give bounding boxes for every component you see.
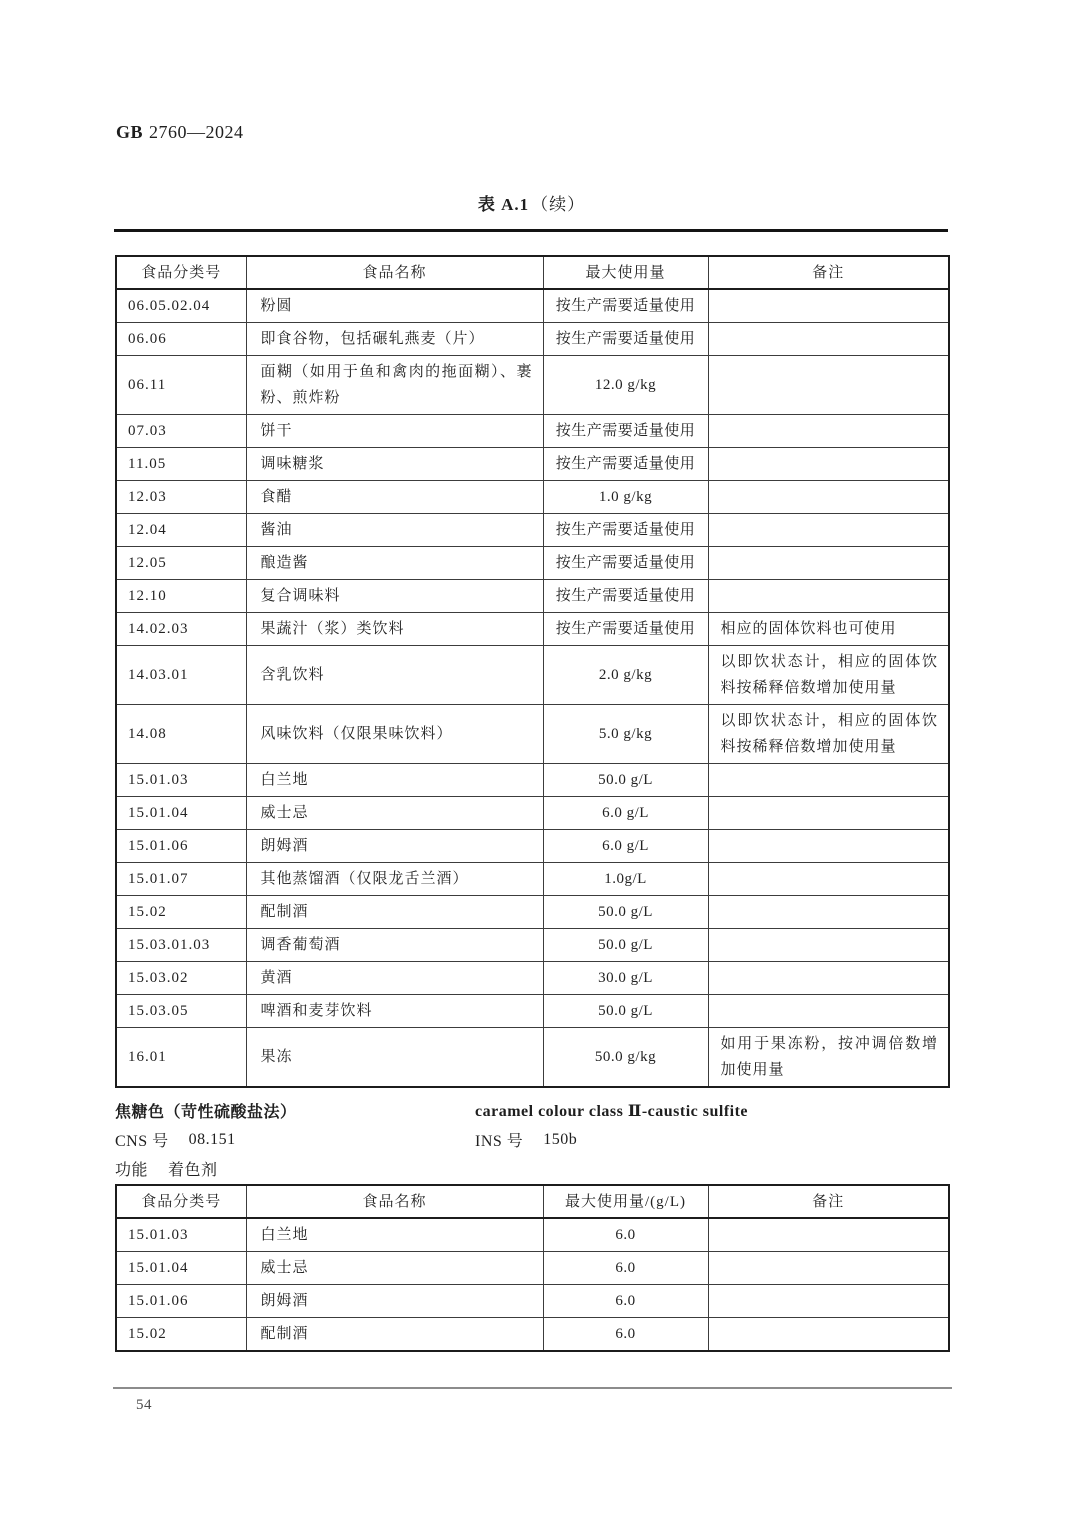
table-cell: 如用于果冻粉，按冲调倍数增加使用量 <box>708 1028 949 1088</box>
table-cell: 12.0 g/kg <box>543 356 708 415</box>
table-cell: 黄酒 <box>246 962 543 995</box>
additive-name-row: 焦糖色（苛性硫酸盐法） caramel colour class Ⅱ-caust… <box>115 1096 948 1125</box>
table-row: 15.01.04威士忌6.0 g/L <box>116 797 949 830</box>
table-cell: 以即饮状态计，相应的固体饮料按稀释倍数增加使用量 <box>708 646 949 705</box>
usage-table-a1: 食品分类号 食品名称 最大使用量 备注 06.05.02.04粉圆按生产需要适量… <box>115 255 950 1088</box>
table-cell: 50.0 g/kg <box>543 1028 708 1088</box>
document-page: GB2760—2024 表 A.1（续） 食品分类号 食品名称 最大使用量 备注… <box>0 0 1074 1520</box>
table-cell: 白兰地 <box>246 1218 543 1252</box>
table-row: 15.03.01.03调香葡萄酒50.0 g/L <box>116 929 949 962</box>
table-cell: 威士忌 <box>246 797 543 830</box>
function-value: 着色剂 <box>168 1157 218 1180</box>
table-cell: 14.03.01 <box>116 646 246 705</box>
table-cell: 按生产需要适量使用 <box>543 580 708 613</box>
table-row: 07.03饼干按生产需要适量使用 <box>116 415 949 448</box>
table-cell <box>708 863 949 896</box>
table-cell: 06.11 <box>116 356 246 415</box>
doc-code: GB2760—2024 <box>116 122 244 143</box>
column-header-food-name: 食品名称 <box>246 1185 543 1218</box>
table-cell: 果蔬汁（浆）类饮料 <box>246 613 543 646</box>
table-row: 12.05酿造酱按生产需要适量使用 <box>116 547 949 580</box>
table-row: 06.06即食谷物，包括碾轧燕麦（片）按生产需要适量使用 <box>116 323 949 356</box>
table-cell: 6.0 g/L <box>543 797 708 830</box>
table-cell <box>708 896 949 929</box>
table-cell: 15.01.03 <box>116 1218 246 1252</box>
table-cell: 6.0 <box>543 1218 708 1252</box>
table-cell: 其他蒸馏酒（仅限龙舌兰酒） <box>246 863 543 896</box>
table-row: 15.03.05啤酒和麦芽饮料50.0 g/L <box>116 995 949 1028</box>
additive-name-en: caramel colour class Ⅱ-caustic sulfite <box>475 1101 748 1121</box>
table-cell: 15.01.06 <box>116 830 246 863</box>
additive-function-row: 功能 着色剂 <box>115 1154 948 1183</box>
doc-code-prefix: GB <box>116 122 143 142</box>
table-cell: 按生产需要适量使用 <box>543 289 708 323</box>
title-rule <box>114 229 948 232</box>
table-cell <box>708 830 949 863</box>
table-cell <box>708 764 949 797</box>
table-cell <box>708 1252 949 1285</box>
table-row: 15.01.06朗姆酒6.0 <box>116 1285 949 1318</box>
table-cell: 15.01.07 <box>116 863 246 896</box>
table-row: 15.03.02黄酒30.0 g/L <box>116 962 949 995</box>
table-title: 表 A.1（续） <box>115 190 948 215</box>
table-cell: 50.0 g/L <box>543 929 708 962</box>
table-row: 15.01.04威士忌6.0 <box>116 1252 949 1285</box>
table-cell <box>708 995 949 1028</box>
table-cell: 16.01 <box>116 1028 246 1088</box>
additive-numbers-row: CNS 号 08.151 INS 号 150b <box>115 1125 948 1154</box>
table-header-row: 食品分类号 食品名称 最大使用量/(g/L) 备注 <box>116 1185 949 1218</box>
footer-rule <box>113 1387 952 1389</box>
column-header-category: 食品分类号 <box>116 1185 246 1218</box>
table-cell: 6.0 g/L <box>543 830 708 863</box>
table-cell: 14.08 <box>116 705 246 764</box>
table-cell: 白兰地 <box>246 764 543 797</box>
table-cell: 11.05 <box>116 448 246 481</box>
table-cell: 1.0 g/kg <box>543 481 708 514</box>
table-cell: 15.01.04 <box>116 1252 246 1285</box>
table-cell: 相应的固体饮料也可使用 <box>708 613 949 646</box>
table-cell <box>708 323 949 356</box>
table-cell <box>708 448 949 481</box>
table-cell: 含乳饮料 <box>246 646 543 705</box>
table-cell: 调味糖浆 <box>246 448 543 481</box>
table-cell <box>708 929 949 962</box>
table-cell: 食醋 <box>246 481 543 514</box>
table-row: 15.01.03白兰地50.0 g/L <box>116 764 949 797</box>
table-cell: 果冻 <box>246 1028 543 1088</box>
table-cell <box>708 415 949 448</box>
table-cell: 粉圆 <box>246 289 543 323</box>
table-cell: 1.0g/L <box>543 863 708 896</box>
table-cell: 威士忌 <box>246 1252 543 1285</box>
table-cell <box>708 797 949 830</box>
column-header-category: 食品分类号 <box>116 256 246 289</box>
table-row: 06.05.02.04粉圆按生产需要适量使用 <box>116 289 949 323</box>
ins-label: INS 号 <box>475 1128 523 1151</box>
table-cell: 12.10 <box>116 580 246 613</box>
table-cell <box>708 962 949 995</box>
table-cell: 饼干 <box>246 415 543 448</box>
table-cell: 按生产需要适量使用 <box>543 448 708 481</box>
table-row: 11.05调味糖浆按生产需要适量使用 <box>116 448 949 481</box>
table-cell: 30.0 g/L <box>543 962 708 995</box>
table-row: 12.03食醋1.0 g/kg <box>116 481 949 514</box>
table-cell: 15.03.02 <box>116 962 246 995</box>
table-cell: 6.0 <box>543 1252 708 1285</box>
additive-section: 焦糖色（苛性硫酸盐法） caramel colour class Ⅱ-caust… <box>115 1096 948 1183</box>
table-cell: 即食谷物，包括碾轧燕麦（片） <box>246 323 543 356</box>
table-cell <box>708 481 949 514</box>
column-header-note: 备注 <box>708 256 949 289</box>
table-cell <box>708 580 949 613</box>
table-cell: 按生产需要适量使用 <box>543 613 708 646</box>
table-row: 15.02配制酒50.0 g/L <box>116 896 949 929</box>
table-cell: 复合调味料 <box>246 580 543 613</box>
table-cell <box>708 289 949 323</box>
cns-value: 08.151 <box>189 1131 236 1149</box>
table-cell: 50.0 g/L <box>543 764 708 797</box>
table-cell: 朗姆酒 <box>246 830 543 863</box>
table-row: 15.02配制酒6.0 <box>116 1318 949 1352</box>
column-header-food-name: 食品名称 <box>246 256 543 289</box>
table-cell <box>708 547 949 580</box>
table-cell: 配制酒 <box>246 1318 543 1352</box>
table-cell: 按生产需要适量使用 <box>543 547 708 580</box>
column-header-note: 备注 <box>708 1185 949 1218</box>
table-header-row: 食品分类号 食品名称 最大使用量 备注 <box>116 256 949 289</box>
table-row: 16.01果冻50.0 g/kg如用于果冻粉，按冲调倍数增加使用量 <box>116 1028 949 1088</box>
table-cell: 酿造酱 <box>246 547 543 580</box>
table-cell: 15.03.01.03 <box>116 929 246 962</box>
table-cell: 06.05.02.04 <box>116 289 246 323</box>
table-cell: 07.03 <box>116 415 246 448</box>
table-title-bold: 表 A.1 <box>478 195 529 214</box>
table-cell: 配制酒 <box>246 896 543 929</box>
table-cell: 50.0 g/L <box>543 896 708 929</box>
table-cell: 15.02 <box>116 896 246 929</box>
table-cell: 以即饮状态计，相应的固体饮料按稀释倍数增加使用量 <box>708 705 949 764</box>
table-cell: 啤酒和麦芽饮料 <box>246 995 543 1028</box>
table-title-suffix: （续） <box>531 195 585 214</box>
table-row: 15.01.03白兰地6.0 <box>116 1218 949 1252</box>
table-cell: 15.01.04 <box>116 797 246 830</box>
table-row: 14.08风味饮料（仅限果味饮料）5.0 g/kg以即饮状态计，相应的固体饮料按… <box>116 705 949 764</box>
ins-value: 150b <box>543 1131 577 1149</box>
function-label: 功能 <box>115 1157 148 1180</box>
table-row: 06.11面糊（如用于鱼和禽肉的拖面糊）、裹粉、煎炸粉12.0 g/kg <box>116 356 949 415</box>
page-number: 54 <box>136 1397 152 1414</box>
table-cell <box>708 1285 949 1318</box>
table-cell: 15.02 <box>116 1318 246 1352</box>
table-cell: 6.0 <box>543 1318 708 1352</box>
table-cell: 06.06 <box>116 323 246 356</box>
table-cell: 12.03 <box>116 481 246 514</box>
table-cell: 2.0 g/kg <box>543 646 708 705</box>
table-cell <box>708 1318 949 1352</box>
table-cell: 朗姆酒 <box>246 1285 543 1318</box>
table-cell: 按生产需要适量使用 <box>543 323 708 356</box>
table-row: 14.02.03果蔬汁（浆）类饮料按生产需要适量使用相应的固体饮料也可使用 <box>116 613 949 646</box>
doc-code-number: 2760—2024 <box>149 122 244 142</box>
cns-label: CNS 号 <box>115 1128 169 1151</box>
table-cell: 6.0 <box>543 1285 708 1318</box>
table-cell: 12.04 <box>116 514 246 547</box>
table-cell: 15.01.03 <box>116 764 246 797</box>
column-header-max-usage: 最大使用量 <box>543 256 708 289</box>
table-cell <box>708 1218 949 1252</box>
table-cell: 15.01.06 <box>116 1285 246 1318</box>
table-cell: 酱油 <box>246 514 543 547</box>
table-cell <box>708 356 949 415</box>
table-cell: 按生产需要适量使用 <box>543 415 708 448</box>
usage-table-caramel-class2: 食品分类号 食品名称 最大使用量/(g/L) 备注 15.01.03白兰地6.0… <box>115 1184 950 1352</box>
table-cell: 14.02.03 <box>116 613 246 646</box>
additive-name-cn: 焦糖色（苛性硫酸盐法） <box>115 1099 297 1122</box>
table-cell: 按生产需要适量使用 <box>543 514 708 547</box>
table-cell: 风味饮料（仅限果味饮料） <box>246 705 543 764</box>
table-cell <box>708 514 949 547</box>
table-cell: 面糊（如用于鱼和禽肉的拖面糊）、裹粉、煎炸粉 <box>246 356 543 415</box>
table-cell: 5.0 g/kg <box>543 705 708 764</box>
table-cell: 调香葡萄酒 <box>246 929 543 962</box>
table-row: 12.04酱油按生产需要适量使用 <box>116 514 949 547</box>
table-cell: 50.0 g/L <box>543 995 708 1028</box>
table-row: 14.03.01含乳饮料2.0 g/kg以即饮状态计，相应的固体饮料按稀释倍数增… <box>116 646 949 705</box>
column-header-max-usage-unit: 最大使用量/(g/L) <box>543 1185 708 1218</box>
table-row: 15.01.07其他蒸馏酒（仅限龙舌兰酒）1.0g/L <box>116 863 949 896</box>
table-row: 12.10复合调味料按生产需要适量使用 <box>116 580 949 613</box>
table-cell: 12.05 <box>116 547 246 580</box>
table-cell: 15.03.05 <box>116 995 246 1028</box>
table-row: 15.01.06朗姆酒6.0 g/L <box>116 830 949 863</box>
